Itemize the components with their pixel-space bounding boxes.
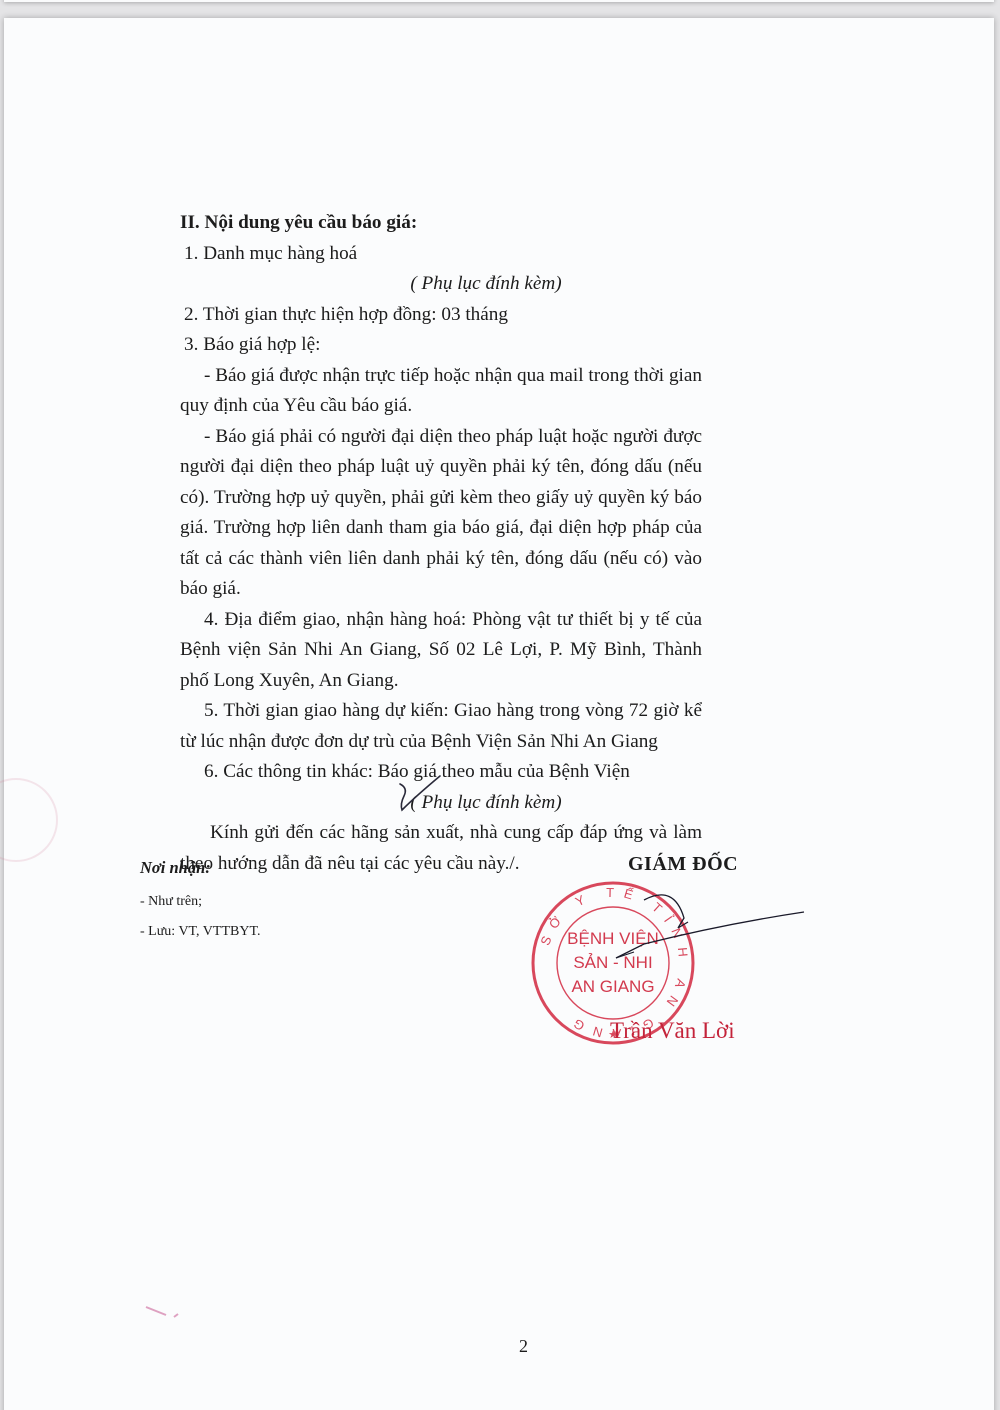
director-title: GIÁM ĐỐC: [628, 853, 738, 876]
recipients-block: Nơi nhận: - Như trên; - Lưu: VT, VTTBYT.: [140, 858, 260, 954]
faded-margin-stamp: [0, 778, 58, 862]
item-4: 4. Địa điểm giao, nhận hàng hoá: Phòng v…: [180, 605, 702, 697]
page-number: 2: [519, 1336, 528, 1357]
item-5: 5. Thời gian giao hàng dự kiến: Giao hàn…: [180, 696, 702, 757]
ink-smudge: [144, 1303, 194, 1323]
handwritten-signature-icon: [604, 888, 814, 968]
recipient-item: - Như trên;: [140, 894, 260, 910]
document-page: II. Nội dung yêu cầu báo giá: 1. Danh mụ…: [4, 18, 994, 1410]
svg-text:AN GIANG: AN GIANG: [571, 977, 654, 996]
signer-name: Trần Văn Lời: [610, 1018, 735, 1044]
initial-check-mark-icon: [396, 770, 446, 820]
item-3: 3. Báo giá hợp lệ:: [180, 330, 702, 361]
item-3-bullet-2: - Báo giá phải có người đại diện theo ph…: [180, 422, 702, 605]
section-heading: II. Nội dung yêu cầu báo giá:: [180, 208, 702, 239]
item-2: 2. Thời gian thực hiện hợp đồng: 03 thán…: [180, 300, 702, 331]
item-1: 1. Danh mục hàng hoá: [180, 239, 702, 270]
previous-page-edge: [4, 0, 994, 2]
item-3-bullet-1: - Báo giá được nhận trực tiếp hoặc nhận …: [180, 361, 702, 422]
appendix-note-1: ( Phụ lục đính kèm): [180, 269, 702, 300]
recipient-item: - Lưu: VT, VTTBYT.: [140, 924, 260, 940]
recipients-label: Nơi nhận:: [140, 858, 260, 878]
